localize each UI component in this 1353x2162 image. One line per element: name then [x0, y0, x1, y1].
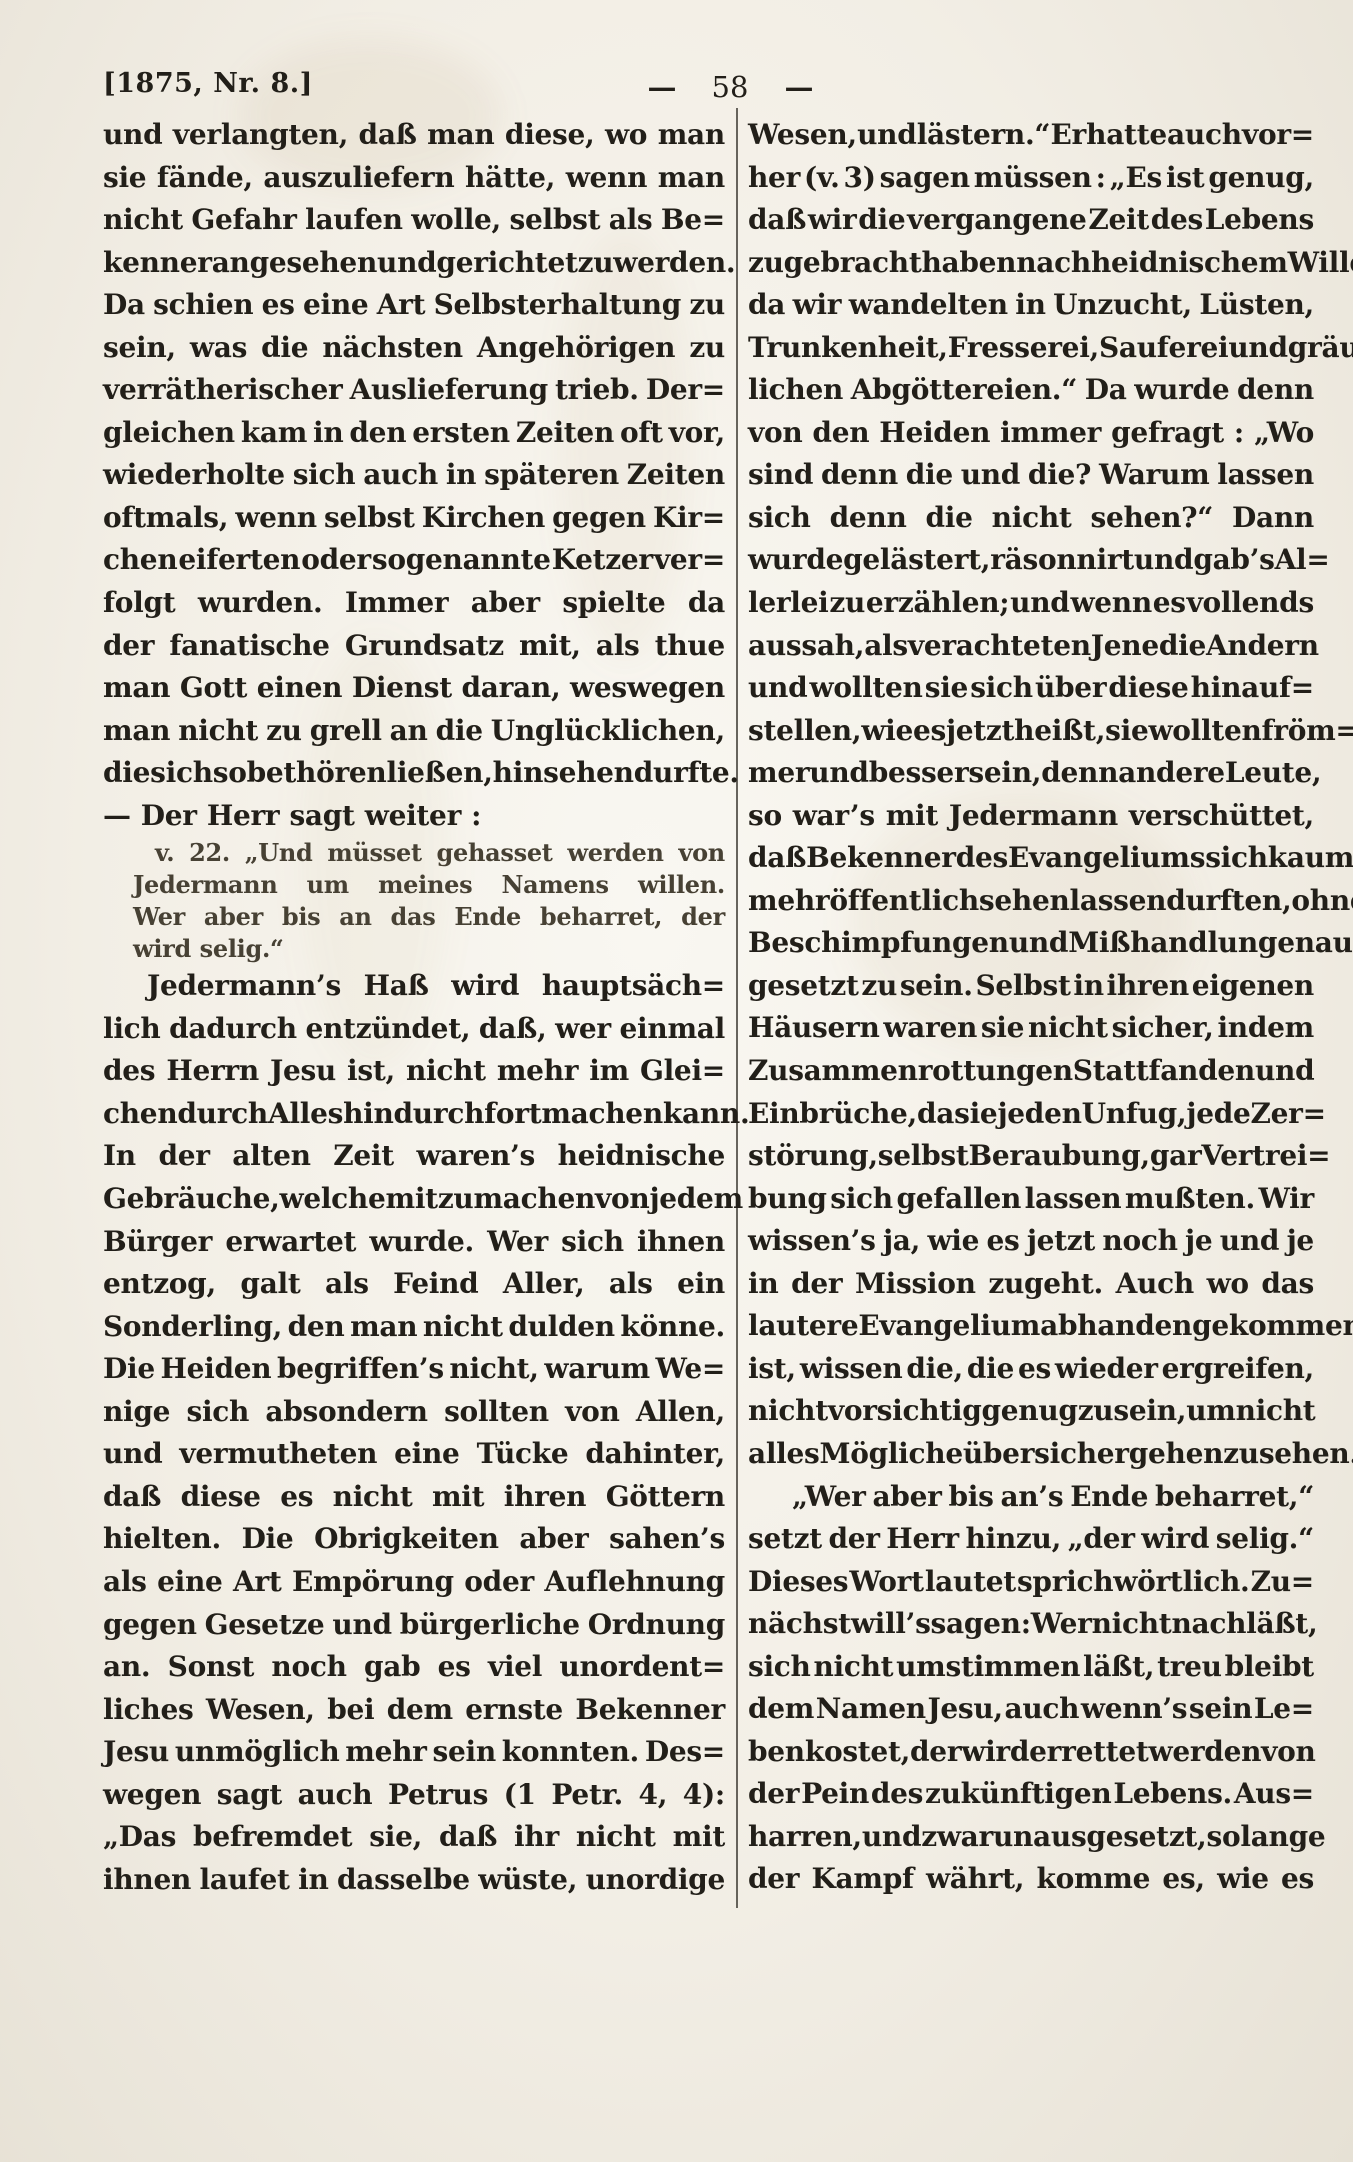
text-line: derKampfwährt,kommees,wiees	[748, 1858, 1314, 1901]
text-line: daßdieseesnichtmitihrenGöttern	[103, 1476, 725, 1519]
column-divider-rule	[736, 108, 738, 1908]
text-line: vondenHeidenimmergefragt:„Wo	[748, 412, 1314, 455]
text-line: Einbrüche,dasiejedenUnfug,jedeZer=	[748, 1093, 1314, 1136]
text-line: wegensagtauchPetrus(1Petr.4,4):	[103, 1774, 725, 1817]
text-line: JedermannummeinesNamenswillen.	[103, 869, 725, 901]
text-line: InderaltenZeitwaren’sheidnische	[103, 1135, 725, 1178]
text-line: sowar’smitJedermannverschüttet,	[748, 795, 1314, 838]
text-line: Jesuunmöglichmehrseinkonnten.Des=	[103, 1731, 725, 1774]
text-line: ZusammenrottungenStattfandenund	[748, 1050, 1314, 1093]
text-line: hielten.DieObrigkeitenabersahen’s	[103, 1518, 725, 1561]
text-line: „Weraberbisan’sEndebeharret,“	[748, 1476, 1314, 1519]
text-line: bungsichgefallenlassenmußten.Wir	[748, 1178, 1314, 1221]
text-line: gleichenkamindenerstenZeitenoftvor,	[103, 412, 725, 455]
text-line: lerleizuerzählen;undwennesvollends	[748, 582, 1314, 625]
text-line: DaschieneseineArtSelbsterhaltungzu	[103, 284, 725, 327]
right-column: Wesen,undlästern.“Erhatteauchvor=her(v.3…	[748, 114, 1314, 1901]
text-line: undvermutheteneineTückedahinter,	[103, 1433, 725, 1476]
text-line: aussah,alsverachtetenJenedieAndern	[748, 625, 1314, 668]
text-line: kennerangesehenundgerichtetzuwerden.	[103, 242, 725, 285]
text-line: mehröffentlichsehenlassendurften,ohne	[748, 880, 1314, 923]
text-line: gegenGesetzeundbürgerlicheOrdnung	[103, 1604, 725, 1647]
text-line: Sonderling,denmannichtduldenkönne.	[103, 1306, 725, 1349]
text-line: stellen,wieesjetztheißt,siewolltenfröm=	[748, 710, 1314, 753]
text-line: zugebrachthabennachheidnischemWillen,	[748, 242, 1314, 285]
text-line: DieHeidenbegriffen’snicht,warumWe=	[103, 1348, 725, 1391]
text-line: benkostet,derwirderrettetwerdenvon	[748, 1731, 1314, 1774]
text-line: derfanatischeGrundsatzmit,alsthue	[103, 625, 725, 668]
text-line: lichenAbgöttereien.“Dawurdedenn	[748, 369, 1314, 412]
text-line: manGotteinenDienstdaran,weswegen	[103, 667, 725, 710]
text-line: her(v.3)sagenmüssen:„Esistgenug,	[748, 157, 1314, 200]
left-column: undverlangten,daßmandiese,womansiefände,…	[103, 114, 725, 1901]
header-dash-left: —	[648, 70, 676, 104]
text-line: siefände,auszuliefernhätte,wennman	[103, 157, 725, 200]
text-line: undverlangten,daßmandiese,woman	[103, 114, 725, 157]
text-line: chendurchAlleshindurchfortmachenkann.	[103, 1093, 725, 1136]
text-line: cheneifertenodersogenannteKetzerver=	[103, 539, 725, 582]
text-line: sinddenndieunddie?Warumlassen	[748, 454, 1314, 497]
text-line: merundbessersein,dennandereLeute,	[748, 752, 1314, 795]
text-line: wirdselig.“	[103, 933, 725, 965]
text-line: mannichtzugrellandieUnglücklichen,	[103, 710, 725, 753]
text-line: diesichsobethörenließen,hinsehendurfte.	[103, 752, 725, 795]
text-line: BeschimpfungenundMißhandlungenaus=	[748, 922, 1314, 965]
text-line: lautereEvangeliumabhandengekommen	[748, 1305, 1314, 1348]
text-line: —DerHerrsagtweiter:	[103, 795, 725, 838]
text-line: Jedermann’sHaßwirdhauptsäch=	[103, 965, 725, 1008]
text-line: dawirwandelteninUnzucht,Lüsten,	[748, 284, 1314, 327]
text-line: nigesichabsondernsolltenvonAllen,	[103, 1391, 725, 1434]
text-line: „Dasbefremdetsie,daßihrnichtmit	[103, 1816, 725, 1859]
text-line: nichtvorsichtiggenugzusein,umnicht	[748, 1390, 1314, 1433]
text-line: gesetztzusein.Selbstinihreneigenen	[748, 965, 1314, 1008]
text-line: an.Sonstnochgabesvielunordent=	[103, 1646, 725, 1689]
text-line: verrätherischerAuslieferungtrieb.Der=	[103, 369, 725, 412]
text-line: Gebräuche,welchemitzumachenvonjedem	[103, 1178, 725, 1221]
text-line: Bürgererwartetwurde.Wersichihnen	[103, 1221, 725, 1264]
page-number-group: — 58 —	[618, 70, 842, 104]
text-line: wurdegelästert,räsonnirtundgab’sAl=	[748, 539, 1314, 582]
text-line: undwolltensiesichüberdiesehinauf=	[748, 667, 1314, 710]
text-line: wissen’sja,wieesjetztnochjeundje	[748, 1220, 1314, 1263]
text-line: lichdadurchentzündet,daß,wereinmal	[103, 1008, 725, 1051]
text-line: sein,wasdienächstenAngehörigenzu	[103, 327, 725, 370]
text-line: WeraberbisandasEndebeharret,der	[103, 901, 725, 933]
header-dash-right: —	[784, 70, 812, 104]
text-line: folgtwurden.Immeraberspielteda	[103, 582, 725, 625]
text-line: sichdenndienichtsehen?“Dann	[748, 497, 1314, 540]
text-line: lichesWesen,beidemernsteBekenner	[103, 1689, 725, 1732]
text-line: ihnenlaufetindasselbewüste,unordige	[103, 1859, 725, 1902]
page-number: 58	[712, 70, 749, 104]
text-line: nichtGefahrlaufenwolle,selbstalsBe=	[103, 199, 725, 242]
text-line: v.22.„Undmüssetgehassetwerdenvon	[103, 837, 725, 869]
text-line: nächstwill’ssagen:Wernichtnachläßt,	[748, 1603, 1314, 1646]
text-line: störung,selbstBeraubung,garVertrei=	[748, 1135, 1314, 1178]
text-line: desHerrnJesuist,nichtmehrimGlei=	[103, 1050, 725, 1093]
text-line: demNamenJesu,auchwenn’sseinLe=	[748, 1688, 1314, 1731]
text-line: entzog,galtalsFeindAller,alsein	[103, 1263, 725, 1306]
text-line: Wesen,undlästern.“Erhatteauchvor=	[748, 114, 1314, 157]
text-line: sichnichtumstimmenläßt,treubleibt	[748, 1646, 1314, 1689]
text-line: wiederholtesichauchinspäterenZeiten	[103, 454, 725, 497]
issue-label: [1875, Nr. 8.]	[103, 68, 313, 99]
text-line: daßBekennerdesEvangeliumssichkaum	[748, 837, 1314, 880]
scanned-page: { "header": { "issue_label": "[1875, Nr.…	[0, 0, 1353, 2162]
text-line: inderMissionzugeht.Auchwodas	[748, 1263, 1314, 1306]
text-line: daßwirdievergangeneZeitdesLebens	[748, 199, 1314, 242]
text-line: DiesesWortlautetsprichwörtlich.Zu=	[748, 1561, 1314, 1604]
text-line: oftmals,wennselbstKirchengegenKir=	[103, 497, 725, 540]
text-line: derPeindeszukünftigenLebens.Aus=	[748, 1773, 1314, 1816]
text-line: ist,wissendie,dieeswiederergreifen,	[748, 1348, 1314, 1391]
text-line: Häusernwarensienichtsicher,indem	[748, 1007, 1314, 1050]
text-line: allesMöglicheübersichergehenzusehen.	[748, 1433, 1314, 1476]
text-line: Trunkenheit,Fresserei,Saufereiundgräu=	[748, 327, 1314, 370]
text-line: setztderHerrhinzu,„derwirdselig.“	[748, 1518, 1314, 1561]
text-line: harren,undzwarunausgesetzt,solange	[748, 1816, 1314, 1859]
text-line: alseineArtEmpörungoderAuflehnung	[103, 1561, 725, 1604]
